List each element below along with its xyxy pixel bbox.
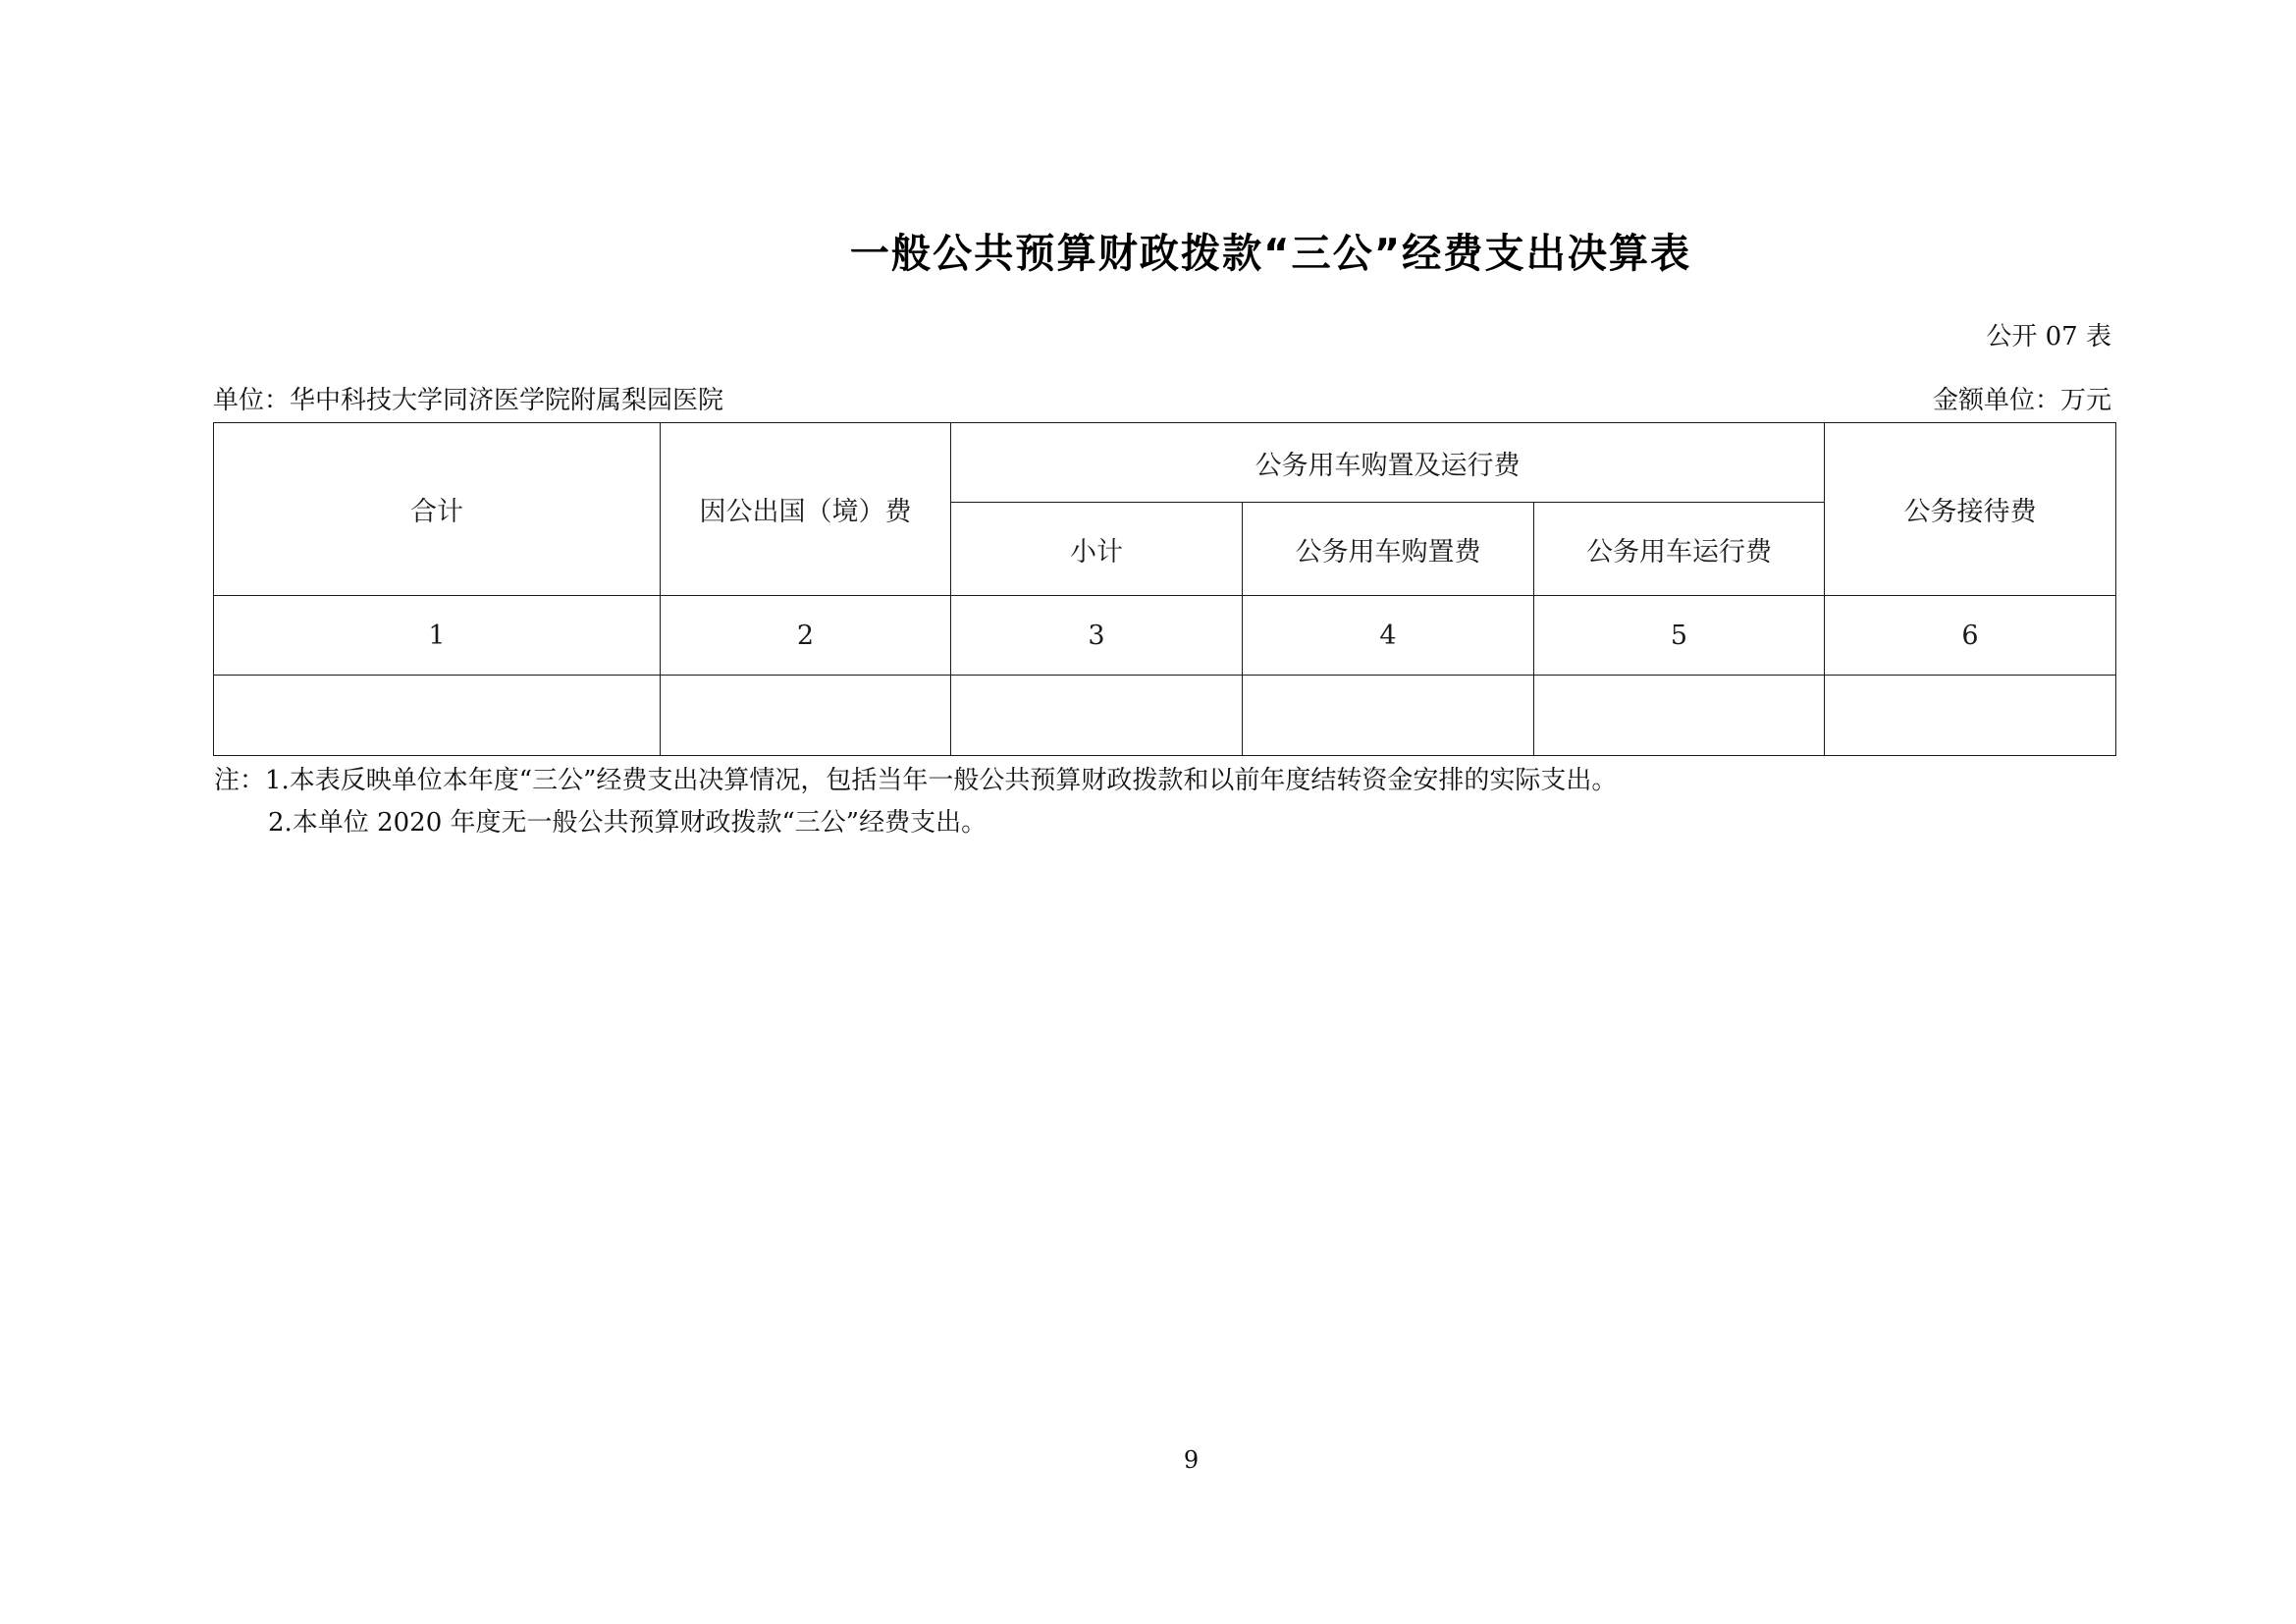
header-reception: 公务接待费 — [1825, 423, 2116, 596]
header-total: 合计 — [214, 423, 661, 596]
note-2: 2.本单位 2020 年度无一般公共预算财政拨款“三公”经费支出。 — [268, 805, 987, 840]
column-number: 2 — [661, 596, 951, 676]
column-number: 3 — [951, 596, 1243, 676]
header-row-1: 合计 因公出国（境）费 公务用车购置及运行费 公务接待费 — [214, 423, 2116, 503]
cell-total — [214, 676, 661, 756]
three-public-expenses-table: 合计 因公出国（境）费 公务用车购置及运行费 公务接待费 小计 公务用车购置费 … — [213, 422, 2116, 756]
page-title: 一般公共预算财政拨款“三公”经费支出决算表 — [0, 222, 2296, 285]
header-overseas-travel: 因公出国（境）费 — [661, 423, 951, 596]
column-number: 5 — [1534, 596, 1825, 676]
header-vehicle-group: 公务用车购置及运行费 — [951, 423, 1825, 503]
data-row — [214, 676, 2116, 756]
cell-overseas-travel — [661, 676, 951, 756]
cell-reception — [1825, 676, 2116, 756]
cell-vehicle-purchase — [1243, 676, 1534, 756]
cell-vehicle-operation — [1534, 676, 1825, 756]
column-number: 1 — [214, 596, 661, 676]
column-number: 6 — [1825, 596, 2116, 676]
header-vehicle-purchase: 公务用车购置费 — [1243, 503, 1534, 596]
column-number-row: 1 2 3 4 5 6 — [214, 596, 2116, 676]
header-vehicle-subtotal: 小计 — [951, 503, 1243, 596]
page-title-text: 一般公共预算财政拨款“三公”经费支出决算表 — [850, 222, 1691, 285]
amount-unit-label: 金额单位：万元 — [1933, 383, 2111, 418]
unit-label: 单位：华中科技大学同济医学院附属梨园医院 — [213, 383, 723, 418]
form-code: 公开 07 表 — [1986, 319, 2111, 354]
cell-vehicle-subtotal — [951, 676, 1243, 756]
page-number: 9 — [0, 1443, 2296, 1477]
header-vehicle-operation: 公务用车运行费 — [1534, 503, 1825, 596]
column-number: 4 — [1243, 596, 1534, 676]
note-1: 注：1.本表反映单位本年度“三公”经费支出决算情况，包括当年一般公共预算财政拨款… — [214, 763, 1617, 798]
